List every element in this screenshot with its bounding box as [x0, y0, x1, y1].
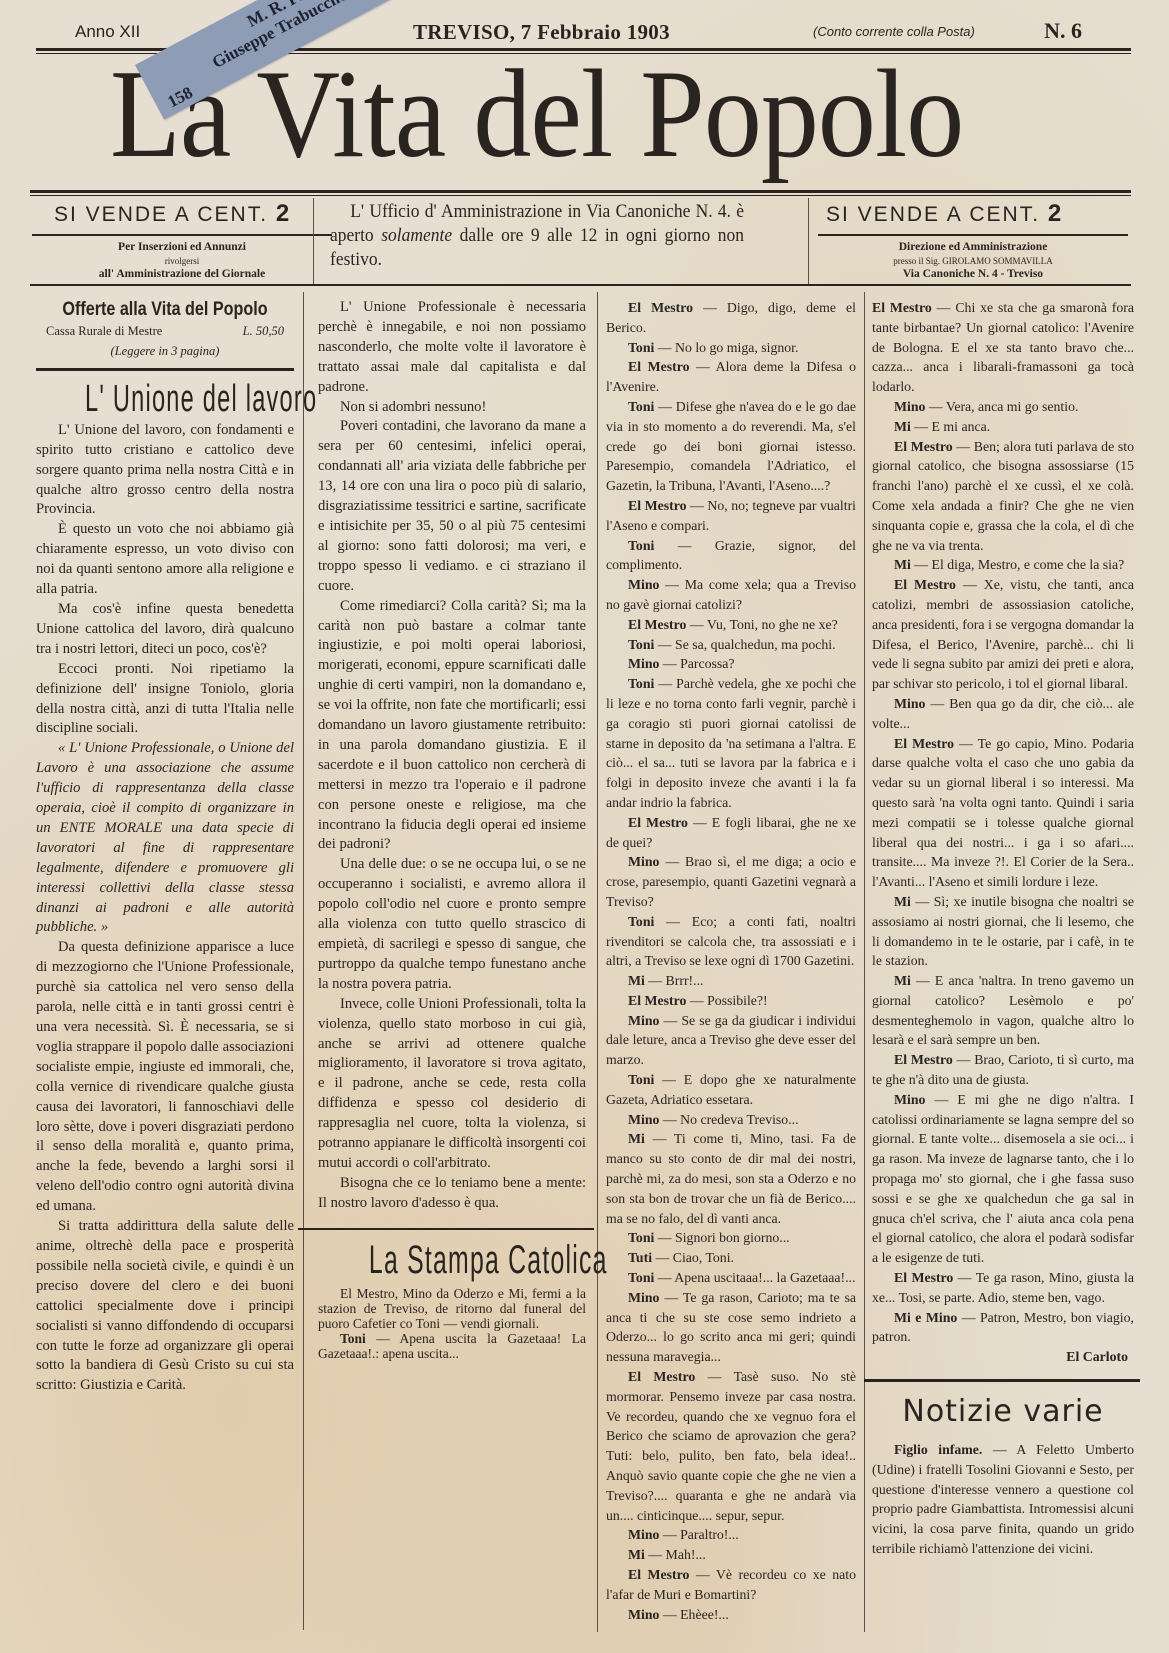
notizie-item: Figlio infame. — A Feletto Umberto (Udin…	[872, 1440, 1134, 1559]
article2-intro: El Mestro, Mino da Oderzo e Mi, fermi a …	[318, 1286, 586, 1331]
price-label: SI VENDE A CENT.	[54, 203, 268, 226]
speaker: Toni	[340, 1331, 366, 1346]
speaker: Mino	[628, 656, 659, 671]
speaker: Mino	[628, 1607, 659, 1622]
speech: — Ben; alora tuti parlava de sto giornal…	[872, 439, 1134, 553]
dialogue-line: Mi e Mino — Patron, Mestro, bon viagio, …	[872, 1308, 1134, 1348]
dialogue-line: Toni — Parchè vedela, ghe xe pochi che l…	[606, 674, 856, 813]
price-number: 2	[276, 200, 291, 227]
column-divider-3	[864, 292, 865, 1632]
speech: — No lo go miga, signor.	[654, 340, 798, 355]
speaker: El Mestro	[894, 1270, 953, 1285]
speaker: El Mestro	[872, 300, 932, 315]
speech: — Parcossa?	[659, 656, 734, 671]
notizie-rule	[864, 1379, 1140, 1382]
dialogue-line: El Mestro — Digo, digo, deme el Berico.	[606, 298, 856, 338]
speech: — El diga, Mestro, e come che la sia?	[911, 557, 1124, 572]
paragraph: Ma cos'è infine questa benedetta Unione …	[36, 600, 294, 660]
speaker: Mino	[628, 1013, 659, 1028]
paragraph: Si tratta addirittura della salute delle…	[36, 1217, 294, 1396]
speaker: El Mestro	[628, 300, 693, 315]
speaker: Mi e Mino	[894, 1310, 957, 1325]
speaker: Mi	[894, 557, 911, 572]
speaker: Mi	[628, 1547, 645, 1562]
dialogue-line: Tuti — Ciao, Toni.	[606, 1248, 856, 1268]
price-number-right: 2	[1048, 200, 1063, 227]
speaker: Tuti	[628, 1250, 652, 1265]
ads-line3: all' Amministrazione del Giornale	[32, 267, 332, 282]
header-bottom-rule	[30, 284, 1131, 286]
speaker: El Mestro	[628, 815, 688, 830]
dialogue-line: El Mestro — Possibile?!	[606, 991, 856, 1011]
offerte-label: Cassa Rurale di Mestre	[46, 322, 162, 342]
article2-signature: El Carloto	[872, 1347, 1134, 1367]
speech: — Brrr!...	[645, 973, 704, 988]
dialogue-line: El Mestro — E fogli libarai, ghe ne xe d…	[606, 813, 856, 853]
dialogue-line: El Mestro — Chi xe sta che ga smaronà fo…	[872, 298, 1134, 397]
dialogue-line: El Mestro — Tasè suso. No stè mormorar. …	[606, 1367, 856, 1525]
speaker: El Mestro	[628, 1369, 695, 1384]
issue-number: N. 6	[1044, 18, 1082, 44]
offerte-note: (Leggere in 3 pagina)	[36, 342, 294, 362]
dialogue-line: El Mestro — Te ga rason, Mino, giusta la…	[872, 1268, 1134, 1308]
dialogue-line: Mino — Ben qua go da dir, che ciò... ale…	[872, 694, 1134, 734]
box-rule	[32, 234, 332, 236]
price-label-right: SI VENDE A CENT.	[826, 203, 1040, 226]
speech: — Ehèee!...	[659, 1607, 728, 1622]
speaker: Mi	[628, 1131, 645, 1146]
notice-emphasis: solamente	[381, 225, 452, 246]
speech: — Signori bon giorno...	[654, 1230, 789, 1245]
speaker: Toni	[628, 637, 654, 652]
column-divider-1	[303, 292, 304, 1630]
dialogue-col4: El Mestro — Chi xe sta che ga smaronà fo…	[872, 298, 1134, 1347]
article2-rule	[298, 1228, 594, 1230]
dialogue-line: Mino — Ehèee!...	[606, 1605, 856, 1625]
speaker: Mi	[894, 894, 911, 909]
speaker: Mi	[628, 973, 645, 988]
dialogue-line: Mi — El diga, Mestro, e come che la sia?	[872, 555, 1134, 575]
direction-line3: Via Canoniche N. 4 - Treviso	[818, 267, 1128, 282]
paragraph: « L' Unione Professionale, o Unione del …	[36, 739, 294, 938]
column-1: Offerte alla Vita del Popolo Cassa Rural…	[36, 298, 294, 1396]
speaker: Toni	[628, 1230, 654, 1245]
header-divider-right	[808, 198, 809, 284]
dialogue-line: El Mestro — Vè recordeu co xe nato l'afa…	[606, 1565, 856, 1605]
paragraph: Eccoci pronti. Noi ripetiamo la definizi…	[36, 660, 294, 740]
dialogue-line: Mi — Ti come ti, Mino, tasi. Fa de manco…	[606, 1129, 856, 1228]
ads-line1: Per Inserzioni ed Annunzi	[32, 240, 332, 255]
speech: — Mah!...	[645, 1547, 706, 1562]
dialogue-line: Toni — Apena uscitaaa!... la Gazetaaa!..…	[606, 1268, 856, 1288]
dialogue-line: Mino — Brao sì, el me diga; a ocio e cro…	[606, 852, 856, 911]
column-divider-2	[597, 292, 598, 1632]
speaker: Mi	[894, 419, 911, 434]
dialogue-line: El Mestro — Ben; alora tuti parlava de s…	[872, 437, 1134, 556]
offerte-rule	[36, 368, 294, 371]
dialogue-line: Mi — Mah!...	[606, 1545, 856, 1565]
dialogue-line: Mino — Se se ga da giudicar i individui …	[606, 1011, 856, 1070]
ads-line2: rivolgersi	[32, 255, 332, 267]
speaker: Mino	[628, 1527, 659, 1542]
speaker: Mino	[628, 1290, 659, 1305]
dialogue-line: Mi — E mi anca.	[872, 417, 1134, 437]
article1-title: L' Unione del lavoro	[85, 377, 245, 421]
speaker: El Mestro	[894, 439, 953, 454]
dialogue-line: El Mestro — Xe, vistu, che tanti, anca c…	[872, 575, 1134, 694]
speaker: Mino	[894, 696, 925, 711]
speech: — Ciao, Toni.	[652, 1250, 734, 1265]
dialogue-col2: Toni — Apena uscita la Gazetaaa! La Gaze…	[318, 1331, 586, 1361]
dialogue-line: Toni — E dopo ghe xe naturalmente Gazeta…	[606, 1070, 856, 1110]
speech: — Sì; xe inutile bisogna che noaltri se …	[872, 894, 1134, 968]
price-line-right: SI VENDE A CENT. 2	[818, 200, 1128, 228]
speech: — Vu, Toni, no ghe ne xe?	[686, 617, 837, 632]
dialogue-line: El Mestro — Te go capio, Mino. Podaria d…	[872, 734, 1134, 892]
year-volume: Anno XII	[75, 22, 140, 42]
offerte-amount: L. 50,50	[243, 322, 284, 342]
office-hours-notice: L' Ufficio d' Amministrazione in Via Can…	[330, 200, 744, 272]
speaker: El Mestro	[628, 993, 686, 1008]
dialogue-col3: El Mestro — Digo, digo, deme el Berico.T…	[606, 298, 856, 1624]
paragraph: Poveri contadini, che lavorano da mane a…	[318, 417, 586, 596]
paragraph: Da questa definizione apparisce a luce d…	[36, 938, 294, 1217]
column-3: El Mestro — Digo, digo, deme el Berico.T…	[606, 298, 856, 1624]
dialogue-line: El Mestro — Brao, Carioto, ti sì curto, …	[872, 1050, 1134, 1090]
notizie-title: Notizie varie	[872, 1392, 1134, 1432]
speech: — Apena uscitaaa!... la Gazetaaa!...	[654, 1270, 855, 1285]
speaker: Toni	[628, 538, 654, 553]
speech: — Possibile?!	[686, 993, 767, 1008]
speech: — Se sa, qualchedun, ma pochi.	[654, 637, 835, 652]
dialogue-line: Toni — Se sa, qualchedun, ma pochi.	[606, 635, 856, 655]
paragraph: Invece, colle Unioni Professionali, tolt…	[318, 995, 586, 1174]
speaker: El Mestro	[894, 1052, 953, 1067]
speaker: Toni	[628, 676, 654, 691]
speech: — Te go capio, Mino. Podaria darse qualc…	[872, 736, 1134, 890]
speaker: Mi	[894, 973, 911, 988]
paragraph: È questo un voto che noi abbiamo già chi…	[36, 520, 294, 600]
column-2: L' Unione Professionale è necessaria per…	[318, 298, 586, 1361]
dialogue-line: Mino — E mi ghe ne digo n'altra. I catol…	[872, 1090, 1134, 1268]
paragraph: Bisogna che ce lo teniamo bene a mente: …	[318, 1174, 586, 1214]
dialogue-line: Toni — No lo go miga, signor.	[606, 338, 856, 358]
dialogue-line: Mino — Te ga rason, Carioto; ma te sa an…	[606, 1288, 856, 1367]
paragraph: Come rimediarci? Colla carità? Sì; ma la…	[318, 597, 586, 856]
notizie-item-title: Figlio infame.	[894, 1442, 982, 1457]
box-rule-right	[818, 234, 1128, 236]
speech: — E mi ghe ne digo n'altra. I catolissi …	[872, 1092, 1134, 1265]
right-price-box: SI VENDE A CENT. 2 Direzione ed Amminist…	[818, 196, 1128, 284]
dialogue-line: Mi — Sì; xe inutile bisogna che noaltri …	[872, 892, 1134, 971]
speaker: Toni	[628, 340, 654, 355]
header-divider-left	[313, 198, 314, 284]
speech: — Tasè suso. No stè mormorar. Pensemo in…	[606, 1369, 856, 1523]
speaker: Mino	[628, 1112, 659, 1127]
dialogue-line: El Mestro — Alora deme la Difesa o l'Ave…	[606, 357, 856, 397]
dialogue-line: Mi — E anca 'naltra. In treno gavemo un …	[872, 971, 1134, 1050]
paragraph: L' Unione Professionale è necessaria per…	[318, 298, 586, 398]
dialogue-line: Toni — Eco; a conti fati, noaltri rivend…	[606, 912, 856, 971]
speaker: Toni	[628, 914, 654, 929]
offerte-row: Cassa Rurale di Mestre L. 50,50	[36, 322, 294, 342]
article1-continued: L' Unione Professionale è necessaria per…	[318, 298, 586, 1214]
notizie-item-text: — A Feletto Umberto (Udine) i fratelli T…	[872, 1442, 1134, 1556]
speaker: El Mestro	[628, 1567, 689, 1582]
speaker: El Mestro	[628, 617, 686, 632]
dialogue-line: Toni — Grazie, signor, del complimento.	[606, 536, 856, 576]
speaker: El Mestro	[628, 498, 686, 513]
speaker: Toni	[628, 1072, 654, 1087]
dialogue-line: Toni — Difese ghe n'avea do e le go dae …	[606, 397, 856, 496]
column-4: El Mestro — Chi xe sta che ga smaronà fo…	[872, 298, 1134, 1559]
left-price-box: SI VENDE A CENT. 2 Per Inserzioni ed Ann…	[32, 196, 332, 284]
speaker: Mino	[628, 577, 659, 592]
dialogue-line: Mino — Paraltro!...	[606, 1525, 856, 1545]
article2-title: La Stampa Catolica	[369, 1238, 535, 1282]
dialogue-line: Toni — Signori bon giorno...	[606, 1228, 856, 1248]
speaker: Mino	[894, 399, 925, 414]
direction-line1: Direzione ed Amministrazione	[818, 240, 1128, 255]
paragraph: L' Unione del lavoro, con fondamenti e s…	[36, 421, 294, 521]
paragraph: Una delle due: o se ne occupa lui, o se …	[318, 855, 586, 994]
dateline: TREVISO, 7 Febbraio 1903	[413, 20, 670, 45]
dialogue-line: Mino — Vera, anca mi go sentio.	[872, 397, 1134, 417]
speaker: El Mestro	[894, 577, 956, 592]
dialogue-line: Toni — Apena uscita la Gazetaaa! La Gaze…	[318, 1331, 586, 1361]
dialogue-line: El Mestro — Vu, Toni, no ghe ne xe?	[606, 615, 856, 635]
offerte-title: Offerte alla Vita del Popolo	[55, 298, 274, 322]
speech: — Paraltro!...	[659, 1527, 738, 1542]
article1-body: L' Unione del lavoro, con fondamenti e s…	[36, 421, 294, 1396]
dialogue-line: Mino — Ma come xela; qua a Treviso no ga…	[606, 575, 856, 615]
speech: — No credeva Treviso...	[659, 1112, 798, 1127]
paragraph: Non si adombri nessuno!	[318, 398, 586, 418]
postal-note: (Conto corrente colla Posta)	[813, 24, 975, 39]
masthead-rule	[30, 190, 1131, 193]
dialogue-line: Mino — Parcossa?	[606, 654, 856, 674]
speaker: Mino	[628, 854, 659, 869]
price-line: SI VENDE A CENT. 2	[32, 200, 332, 228]
speaker: Toni	[628, 399, 654, 414]
speech: — E anca 'naltra. In treno gavemo un gio…	[872, 973, 1134, 1047]
speech: — Vera, anca mi go sentio.	[925, 399, 1078, 414]
speaker: Toni	[628, 1270, 654, 1285]
speech: — Parchè vedela, ghe xe pochi che li lez…	[606, 676, 856, 810]
direction-line2: presso il Sig. GIROLAMO SOMMAVILLA	[818, 255, 1128, 267]
dialogue-line: El Mestro — No, no; tegneve par vualtri …	[606, 496, 856, 536]
dialogue-line: Mino — No credeva Treviso...	[606, 1110, 856, 1130]
speech: — E mi anca.	[911, 419, 990, 434]
speaker: El Mestro	[894, 736, 954, 751]
speech: — Xe, vistu, che tanti, anca catolizi, m…	[872, 577, 1134, 691]
dialogue-line: Mi — Brrr!...	[606, 971, 856, 991]
speaker: Mino	[894, 1092, 925, 1107]
speaker: El Mestro	[628, 359, 689, 374]
